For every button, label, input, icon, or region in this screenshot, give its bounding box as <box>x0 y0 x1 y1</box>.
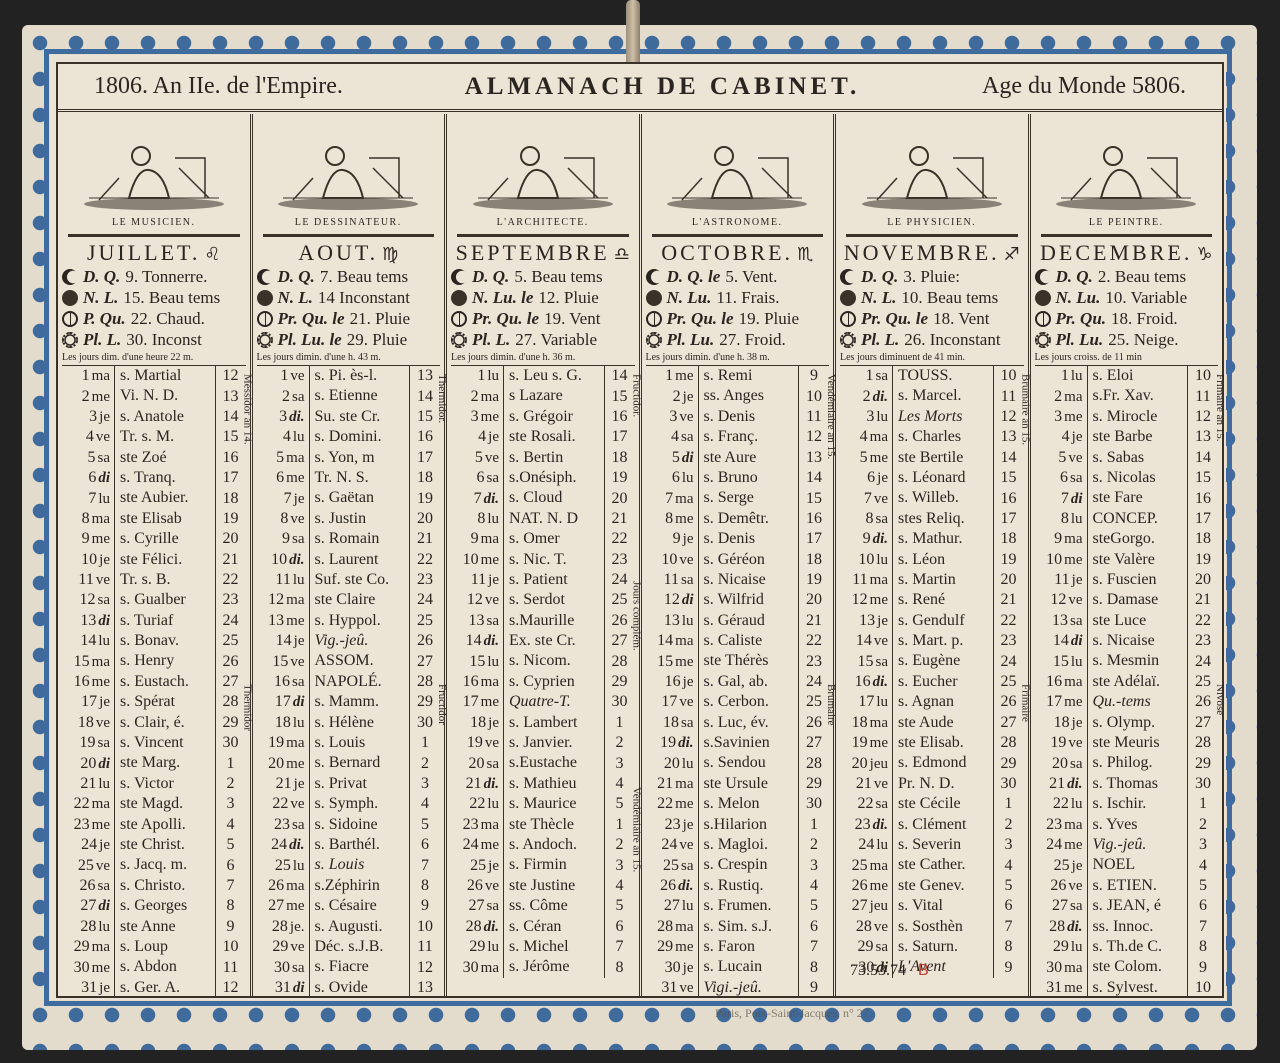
saint-name: s. JEAN, é <box>1087 896 1189 916</box>
day-number: 19di. <box>646 734 698 752</box>
saint-name: ss. Côme <box>503 896 605 916</box>
weekday: lu <box>98 633 110 649</box>
phase-weather: 27. Variable <box>515 330 597 350</box>
day-row: 17je s. Spérat 28 <box>62 692 246 712</box>
engraving-illustration-icon <box>273 128 423 214</box>
day-row: 18je s. Olymp. 27 <box>1035 713 1219 733</box>
day-row: 25lu s. Louis 7 <box>257 855 441 875</box>
weekday: di <box>1071 633 1083 649</box>
weekday: sa <box>876 654 889 670</box>
day-row: 16ma ste Adélaï. 25 <box>1035 672 1219 692</box>
weekday: ma <box>481 389 499 405</box>
day-row: 13me s. Hyppol. 25 <box>257 611 441 631</box>
month-column: LE DESSINATEUR. AOUT.♍ D. Q. 7. Beau tem… <box>253 114 448 998</box>
weekday: me <box>675 511 693 527</box>
weekday: sa <box>876 939 889 955</box>
weekday: ve <box>679 694 693 710</box>
saint-name: s. Tranq. <box>114 468 216 488</box>
saint-name: ste Fare <box>1087 488 1189 508</box>
republican-day: 7 <box>605 938 635 956</box>
day-number: 2sa <box>257 388 309 406</box>
phase-weather: 12. Pluie <box>538 288 598 308</box>
catalog-number: 73.53.74 <box>850 962 906 979</box>
weekday: ve <box>485 735 499 751</box>
weekday: ma <box>1064 817 1082 833</box>
day-row: 10di. s. Laurent 22 <box>257 550 441 570</box>
saint-name: s. Clément <box>892 815 994 835</box>
day-row: 22lu s. Ischir. 1 <box>1035 794 1219 814</box>
phase-abbr: Pr. Qu. le <box>667 309 734 329</box>
day-row: 27sa ss. Côme 5 <box>451 896 635 916</box>
weekday: lu <box>98 776 110 792</box>
month-title: JUILLET.♌ <box>62 240 246 266</box>
republican-day: 19 <box>605 469 635 487</box>
day-number: 7di. <box>451 490 503 508</box>
weekday: ve <box>96 572 110 588</box>
day-row: 19me ste Elisab. 28 <box>840 733 1024 753</box>
saint-name: ste Cécile <box>892 794 994 814</box>
republican-day: 24 <box>216 612 246 630</box>
day-number: 7je <box>257 490 309 508</box>
republican-day: 5 <box>410 816 440 834</box>
day-number: 1lu <box>451 367 503 385</box>
zodiac-sign-icon: ♑ <box>1196 244 1212 265</box>
months-grid: LE MUSICIEN. JUILLET.♌ D. Q. 9. Tonnerre… <box>58 114 1222 998</box>
day-number: 4je <box>1035 428 1087 446</box>
day-row: 11je s. Patient 24 <box>451 570 635 590</box>
day-number: 17me <box>1035 693 1087 711</box>
day-row: 24je ste Christ. 5 <box>62 835 246 855</box>
day-number: 28di. <box>1035 918 1087 936</box>
day-row: 18je s. Lambert 1 <box>451 713 635 733</box>
saint-name: Déc. s.J.B. <box>309 937 411 957</box>
day-row: 25ma ste Cather. 4 <box>840 855 1024 875</box>
day-number: 4ve <box>62 428 114 446</box>
day-row: 24lu s. Severin 3 <box>840 835 1024 855</box>
zodiac-sign-icon: ♌ <box>204 244 220 265</box>
day-number: 9me <box>62 530 114 548</box>
day-row: 7di ste Fare 16 <box>1035 488 1219 508</box>
day-row: 28je. s. Augusti. 10 <box>257 917 441 937</box>
saint-name: s. Nicaise <box>698 570 800 590</box>
republican-day: 1 <box>410 734 440 752</box>
republican-day: 19 <box>994 551 1024 569</box>
saint-name: s. Philog. <box>1087 753 1189 773</box>
republican-day: 5 <box>799 897 829 915</box>
day-number: 20lu <box>646 755 698 773</box>
day-row: 28lu ste Anne 9 <box>62 917 246 937</box>
new-moon-icon <box>257 290 273 306</box>
moon-phase-row: Pr. Qu. le 18. Vent <box>840 308 1024 329</box>
saint-name: s. Omer <box>503 529 605 549</box>
republican-day: 16 <box>410 428 440 446</box>
day-number: 23ma <box>1035 816 1087 834</box>
day-number: 6sa <box>1035 469 1087 487</box>
day-row: 11ve Tr. s. B. 22 <box>62 570 246 590</box>
weekday: lu <box>98 919 110 935</box>
weekday: me <box>286 613 304 629</box>
moon-phase-row: N. L. 10. Beau tems <box>840 287 1024 308</box>
republican-day: 9 <box>994 959 1024 977</box>
weekday: me <box>675 368 693 384</box>
phase-abbr: D. Q. <box>278 267 315 287</box>
saint-name: s. Christo. <box>114 876 216 896</box>
weekday: je <box>877 613 888 629</box>
weekday: me <box>675 654 693 670</box>
republican-day: 3 <box>216 795 246 813</box>
day-row: 5di ste Aure 13 <box>646 448 830 468</box>
day-number: 13lu <box>646 612 698 630</box>
saint-name: s. Ger. A. <box>114 978 216 998</box>
day-number: 19ve <box>1035 734 1087 752</box>
day-number: 19sa <box>62 734 114 752</box>
day-row: 15sa s. Eugène 24 <box>840 651 1024 671</box>
last-quarter-moon-icon <box>451 269 467 285</box>
saint-name: s. Yon, m <box>309 448 411 468</box>
saint-name: ste Aubier. <box>114 488 216 508</box>
day-number: 23di. <box>840 816 892 834</box>
day-row: 5sa ste Zoé 16 <box>62 448 246 468</box>
weekday: lu <box>293 858 305 874</box>
weekday: ve <box>679 980 693 996</box>
day-number: 21di. <box>1035 775 1087 793</box>
saint-name: s. Faron <box>698 937 800 957</box>
republican-day: 13 <box>410 979 440 997</box>
day-row: 26me ste Genev. 5 <box>840 876 1024 896</box>
day-number: 5ve <box>451 449 503 467</box>
day-row: 22ve s. Symph. 4 <box>257 794 441 814</box>
month-name: OCTOBRE. <box>661 240 793 265</box>
republican-day: 22 <box>216 571 246 589</box>
day-row: 23di. s. Clément 2 <box>840 815 1024 835</box>
weekday: ma <box>92 654 110 670</box>
saint-name: s. Sim. s.J. <box>698 917 800 937</box>
saint-name: CONCEP. <box>1087 509 1189 529</box>
saint-name: ste Bertile <box>892 448 994 468</box>
republican-day: 24 <box>994 653 1024 671</box>
weekday: me <box>481 837 499 853</box>
phase-weather: 25. Neige. <box>1108 330 1178 350</box>
zodiac-sign-icon: ♏ <box>797 244 813 265</box>
day-row: 28ve s. Sosthèn 7 <box>840 917 1024 937</box>
first-quarter-moon-icon <box>257 311 273 327</box>
day-number: 7lu <box>62 490 114 508</box>
weekday: lu <box>1071 939 1083 955</box>
saint-name: s. Th.de C. <box>1087 937 1189 957</box>
republican-day: 27 <box>799 734 829 752</box>
saint-name: s. Cyrille <box>114 529 216 549</box>
saint-name: s. Denis <box>698 529 800 549</box>
day-row: 25ve s. Jacq. m. 6 <box>62 855 246 875</box>
day-row: 4sa s. Franç. 12 <box>646 427 830 447</box>
day-number: 6lu <box>646 469 698 487</box>
day-row: 10me ste Valère 19 <box>1035 550 1219 570</box>
full-moon-icon <box>1035 332 1051 348</box>
month-title: SEPTEMBRE♎ <box>451 240 635 266</box>
weekday: ma <box>481 960 499 976</box>
day-row: 23ma ste Thècle 1 <box>451 815 635 835</box>
day-number: 29lu <box>451 938 503 956</box>
saint-name: ss. Anges <box>698 386 800 406</box>
weekday: di <box>293 980 305 996</box>
phase-abbr: Pr. Qu. le <box>278 309 345 329</box>
day-row: 21ma ste Ursule 29 <box>646 774 830 794</box>
phase-abbr: D. Q. <box>861 267 898 287</box>
weekday: me <box>92 960 110 976</box>
day-number: 4ma <box>840 428 892 446</box>
republican-day: 29 <box>1188 755 1218 773</box>
day-row: 1lu s. Leu s. G. 14 <box>451 366 635 386</box>
day-row: 8ve s. Justin 20 <box>257 509 441 529</box>
moon-phase-row: Pl. L. 26. Inconstant <box>840 329 1024 350</box>
day-row: 10je ste Félici. 21 <box>62 550 246 570</box>
engraved-vignette: LE DESSINATEUR. <box>257 114 441 214</box>
saint-name: s. Sylvest. <box>1087 978 1189 998</box>
day-row: 18ve s. Clair, é. 29 <box>62 713 246 733</box>
day-row: 21lu s. Victor 2 <box>62 774 246 794</box>
weekday: lu <box>487 654 499 670</box>
republican-day: 28 <box>994 734 1024 752</box>
day-row: 1sa TOUSS. 10 <box>840 366 1024 386</box>
header-age-du-monde: Age du Monde 5806. <box>982 73 1186 100</box>
day-number: 16ma <box>1035 673 1087 691</box>
vignette-caption: LE PEINTRE. <box>1035 217 1219 228</box>
day-row: 18lu s. Hélène 30 <box>257 713 441 733</box>
weekday: lu <box>876 837 888 853</box>
day-number: 20me <box>257 755 309 773</box>
day-row: 16je s. Gal, ab. 24 <box>646 672 830 692</box>
weekday: di. <box>678 735 693 751</box>
month-column: L'ASTRONOME. OCTOBRE.♏ D. Q. le 5. Vent.… <box>642 114 837 998</box>
day-number: 25je <box>451 857 503 875</box>
saint-name: ss. Innoc. <box>1087 917 1189 937</box>
weekday: di. <box>873 674 888 690</box>
day-length-note: Les jours dimin. d'une h. 38 m. <box>646 350 830 366</box>
saint-name: s. Serdot <box>503 590 605 610</box>
republican-day: 2 <box>994 816 1024 834</box>
day-row: 25je NOEL 4 <box>1035 855 1219 875</box>
moon-phase-row: P. Qu. 22. Chaud. <box>62 308 246 329</box>
phase-weather: 19. Pluie <box>739 309 799 329</box>
days-list: 1ma s. Martial 12 2me Vi. N. D. 13 3je s… <box>62 366 246 998</box>
day-number: 8sa <box>840 510 892 528</box>
day-row: 12ve s. Serdot 25 <box>451 590 635 610</box>
republican-day: 19 <box>799 571 829 589</box>
republican-day: 12 <box>216 979 246 997</box>
republican-day: 17 <box>799 530 829 548</box>
saint-name: Qu.-tems <box>1087 692 1189 712</box>
saint-name: s. René <box>892 590 994 610</box>
weekday: sa <box>292 817 305 833</box>
day-number: 19ma <box>257 734 309 752</box>
day-number: 30je <box>646 959 698 977</box>
day-number: 12ma <box>257 591 309 609</box>
day-number: 1sa <box>840 367 892 385</box>
saint-name: ste Luce <box>1087 611 1189 631</box>
republican-day: 20 <box>605 490 635 508</box>
republican-day: 8 <box>799 959 829 977</box>
republican-day: 22 <box>410 551 440 569</box>
day-number: 17me <box>451 693 503 711</box>
saint-name: s. Victor <box>114 774 216 794</box>
phase-abbr: D. Q. <box>83 267 120 287</box>
saint-name: s. Mart. p. <box>892 631 994 651</box>
saint-name: s. Sabas <box>1087 448 1189 468</box>
day-number: 22me <box>646 795 698 813</box>
weekday: sa <box>98 450 111 466</box>
republican-day: 3 <box>1188 836 1218 854</box>
saint-name: s. Severin <box>892 835 994 855</box>
saint-name: s. Magloi. <box>698 835 800 855</box>
day-number: 21ma <box>646 775 698 793</box>
day-row: 12ve s. Damase 21 <box>1035 590 1219 610</box>
day-number: 25ve <box>62 857 114 875</box>
weekday: sa <box>487 470 500 486</box>
saint-name: s. Nicom. <box>503 651 605 671</box>
first-quarter-moon-icon <box>840 311 856 327</box>
day-row: 14di s. Nicaise 23 <box>1035 631 1219 651</box>
republican-day: 6 <box>410 836 440 854</box>
day-number: 24lu <box>840 836 892 854</box>
day-row: 8me s. Demêtr. 16 <box>646 509 830 529</box>
day-number: 29me <box>646 938 698 956</box>
day-row: 22me s. Melon 30 <box>646 794 830 814</box>
last-quarter-moon-icon <box>62 269 78 285</box>
saint-name: s. Patient <box>503 570 605 590</box>
phase-abbr: N. L. <box>278 288 313 308</box>
day-number: 22sa <box>840 795 892 813</box>
weekday: je <box>99 409 110 425</box>
day-number: 6je <box>840 469 892 487</box>
saint-name: s.Hilarion <box>698 815 800 835</box>
day-row: 12ma ste Claire 24 <box>257 590 441 610</box>
day-row: 22ma ste Magd. 3 <box>62 794 246 814</box>
day-number: 30ma <box>1035 959 1087 977</box>
saint-name: s. Wilfrid <box>698 590 800 610</box>
weekday: sa <box>876 368 889 384</box>
hanging-string <box>626 0 640 70</box>
day-number: 2je <box>646 388 698 406</box>
month-name: DECEMBRE. <box>1040 240 1192 265</box>
saint-name: s. Bonav. <box>114 631 216 651</box>
republican-day: 23 <box>994 632 1024 650</box>
day-row: 6lu s. Bruno 14 <box>646 468 830 488</box>
day-number: 8lu <box>451 510 503 528</box>
saint-name: s. Augusti. <box>309 917 411 937</box>
saint-name: s. Mesmin <box>1087 651 1189 671</box>
day-number: 24me <box>1035 836 1087 854</box>
day-number: 4je <box>451 428 503 446</box>
saint-name: s. Grégoir <box>503 407 605 427</box>
weekday: je. <box>290 919 305 935</box>
saint-name: s. Vital <box>892 896 994 916</box>
day-number: 1ma <box>62 367 114 385</box>
day-number: 19ve <box>451 734 503 752</box>
saint-name: ASSOM. <box>309 651 411 671</box>
day-number: 8ma <box>62 510 114 528</box>
divider <box>68 234 240 238</box>
weekday: je <box>99 694 110 710</box>
day-number: 17di <box>257 693 309 711</box>
saint-name: s. Fiacre <box>309 957 411 977</box>
day-row: 7lu ste Aubier. 18 <box>62 488 246 508</box>
divider <box>1041 234 1213 238</box>
republican-day: 6 <box>799 918 829 936</box>
day-number: 6me <box>257 469 309 487</box>
weekday: lu <box>682 613 694 629</box>
weekday: sa <box>876 796 889 812</box>
weekday: ma <box>286 450 304 466</box>
republican-day: 18 <box>605 449 635 467</box>
weekday: ve <box>96 429 110 445</box>
weekday: ve <box>485 592 499 608</box>
day-row: 5ve s. Sabas 14 <box>1035 448 1219 468</box>
day-row: 13lu s. Géraud 21 <box>646 611 830 631</box>
phase-weather: 22. Chaud. <box>131 309 205 329</box>
month-column: L'ARCHITECTE. SEPTEMBRE♎ D. Q. 5. Beau t… <box>447 114 642 998</box>
saint-name: s. Demêtr. <box>698 509 800 529</box>
day-number: 24ve <box>646 836 698 854</box>
weekday: ve <box>679 837 693 853</box>
saint-name: s. Gaëtan <box>309 488 411 508</box>
weekday: sa <box>292 674 305 690</box>
saint-name: s. Léonard <box>892 468 994 488</box>
moon-phase-row: Pl. L. 27. Variable <box>451 329 635 350</box>
day-row: 3je s. Anatole 14 <box>62 407 246 427</box>
saint-name: s. Henry <box>114 651 216 671</box>
day-number: 11sa <box>646 571 698 589</box>
divider <box>652 234 824 238</box>
day-row: 14ve s. Mart. p. 23 <box>840 631 1024 651</box>
saint-name: s. Gendulf <box>892 611 994 631</box>
republican-day: 3 <box>799 857 829 875</box>
catalog-annotation: 73.53.74 B <box>850 962 929 980</box>
saint-name: s.Onésiph. <box>503 468 605 488</box>
saint-name: s. Privat <box>309 774 411 794</box>
weekday: ma <box>286 592 304 608</box>
day-row: 26ve s. ETIEN. 5 <box>1035 876 1219 896</box>
republican-day: 7 <box>410 857 440 875</box>
day-row: 6me Tr. N. S. 18 <box>257 468 441 488</box>
weekday: me <box>481 552 499 568</box>
first-quarter-moon-icon <box>62 311 78 327</box>
weekday: ma <box>286 878 304 894</box>
day-row: 2di. s. Marcel. 11 <box>840 386 1024 406</box>
republican-day: 1 <box>799 816 829 834</box>
republican-day: 3 <box>605 755 635 773</box>
day-row: 15lu s. Mesmin 24 <box>1035 651 1219 671</box>
saint-name: ste Félici. <box>114 550 216 570</box>
weekday: ve <box>679 409 693 425</box>
day-row: 29lu s. Michel 7 <box>451 937 635 957</box>
day-number: 9sa <box>257 530 309 548</box>
day-number: 27di <box>62 897 114 915</box>
republican-day: 12 <box>410 959 440 977</box>
saint-name: Pr. N. D. <box>892 774 994 794</box>
almanac-header: 1806. An IIe. de l'Empire. ALMANACH DE C… <box>58 64 1222 112</box>
republican-day: 16 <box>216 449 246 467</box>
engraved-vignette: L'ARCHITECTE. <box>451 114 635 214</box>
phase-abbr: Pr. Qu. le <box>861 309 928 329</box>
day-row: 16di. s. Eucher 25 <box>840 672 1024 692</box>
saint-name: s. Céran <box>503 917 605 937</box>
phase-weather: 9. Tonnerre. <box>125 267 207 287</box>
weekday: sa <box>487 613 500 629</box>
republican-day: 24 <box>410 591 440 609</box>
republican-day: 18 <box>994 530 1024 548</box>
day-number: 31je <box>62 979 114 997</box>
saint-name: ste Claire <box>309 590 411 610</box>
